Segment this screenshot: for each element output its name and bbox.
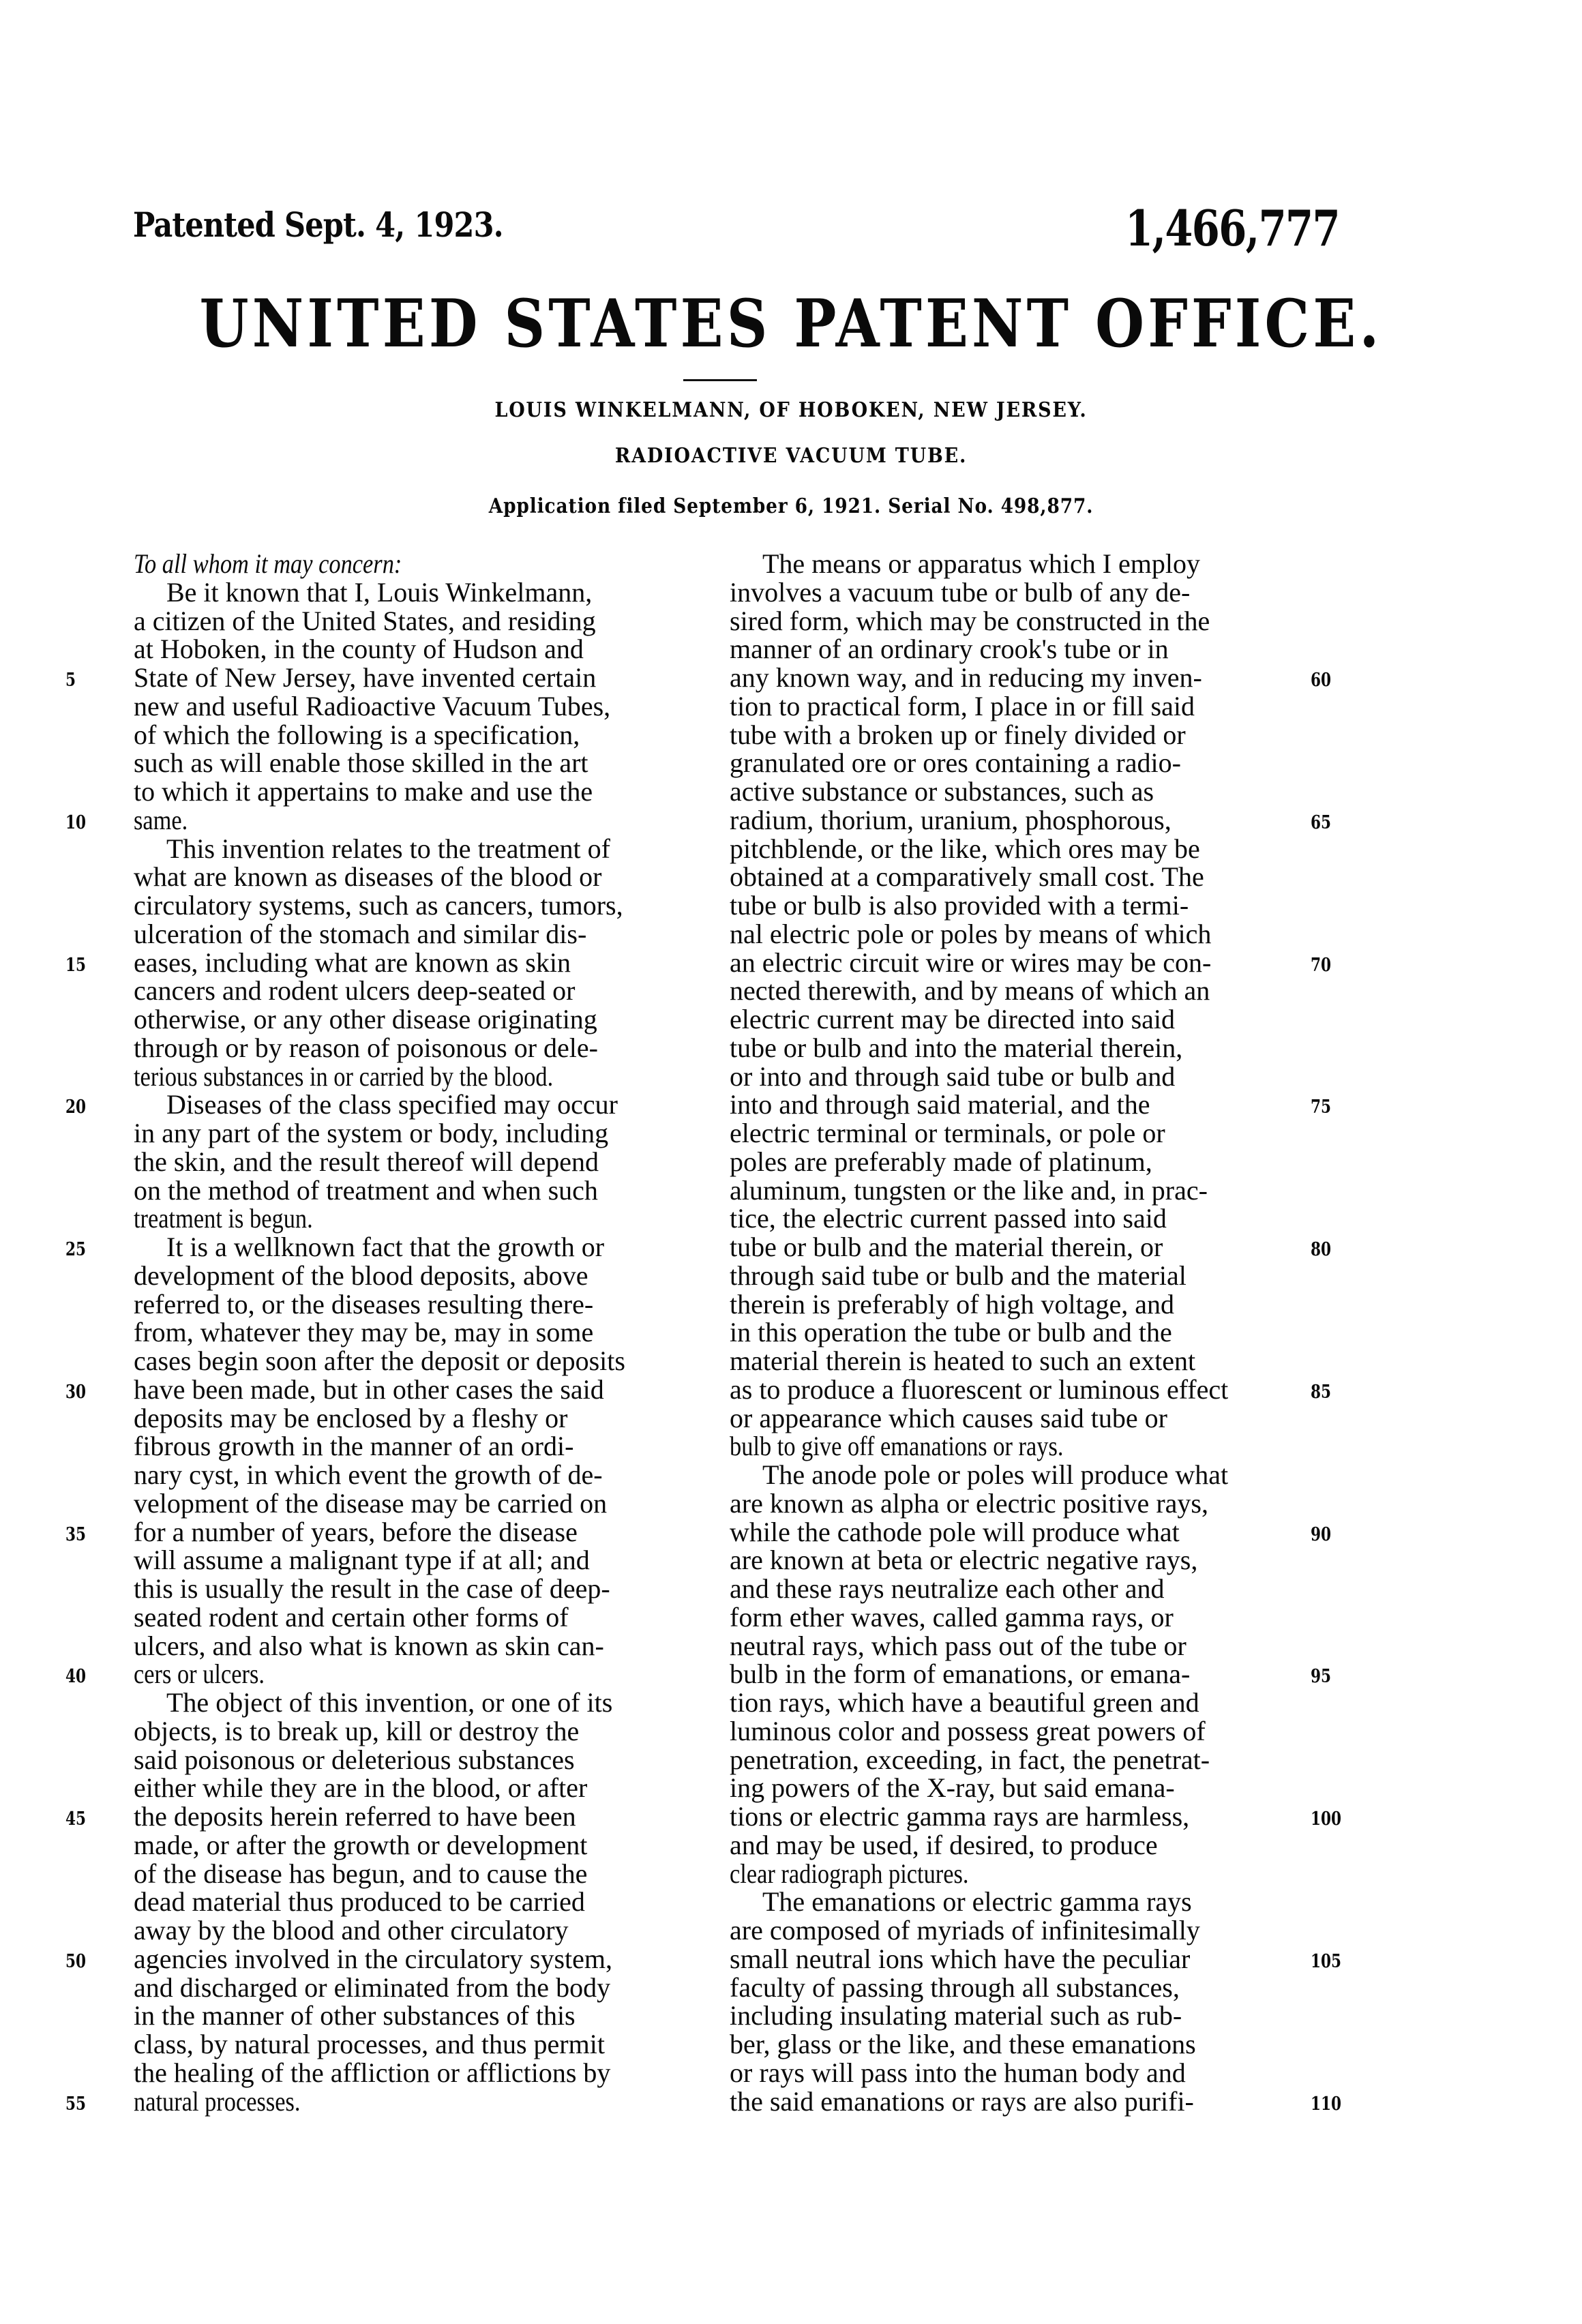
left-column-line: such as will enable those skilled in the… xyxy=(134,749,588,777)
right-column-line: obtained at a comparatively small cost. … xyxy=(730,863,1204,891)
left-column-line: To all whom it may concern: xyxy=(134,550,402,578)
left-column-line: will assume a malignant type if at all; … xyxy=(134,1546,590,1575)
right-column-line: involves a vacuum tube or bulb of any de… xyxy=(730,578,1190,607)
left-column-line: seated rodent and certain other forms of xyxy=(134,1603,569,1632)
title-divider xyxy=(683,379,757,381)
right-column-line: are known as alpha or electric positive … xyxy=(730,1489,1208,1518)
left-column-line: nary cyst, in which event the growth of … xyxy=(134,1461,603,1489)
right-column-line: tion to practical form, I place in or fi… xyxy=(730,692,1195,721)
right-column-line: radium, thorium, uranium, phosphorous, xyxy=(730,806,1171,835)
right-line-number: 105 xyxy=(1311,1948,1341,1976)
right-column-line: while the cathode pole will produce what xyxy=(730,1518,1180,1547)
left-column-line: a citizen of the United States, and resi… xyxy=(134,607,596,636)
right-column-line: electric terminal or terminals, or pole … xyxy=(730,1119,1165,1148)
right-column-line: faculty of passing through all substance… xyxy=(730,1973,1180,2002)
left-column-line: cancers and rodent ulcers deep-seated or xyxy=(134,977,575,1005)
right-column-line: through said tube or bulb and the materi… xyxy=(730,1262,1186,1290)
left-column-line: ulcers, and also what is known as skin c… xyxy=(134,1632,604,1660)
patent-number: 1,466,777 xyxy=(1125,199,1339,257)
right-column-line: bulb in the form of emanations, or emana… xyxy=(730,1660,1190,1688)
left-column-line: cases begin soon after the deposit or de… xyxy=(134,1347,625,1375)
left-column-line: deposits may be enclosed by a fleshy or xyxy=(134,1404,568,1433)
left-column-line: and discharged or eliminated from the bo… xyxy=(134,1973,610,2002)
left-line-number: 30 xyxy=(65,1378,86,1407)
right-column-line: aluminum, tungsten or the like and, in p… xyxy=(730,1176,1208,1205)
left-column-line: in the manner of other substances of thi… xyxy=(134,2001,576,2030)
left-line-number: 15 xyxy=(65,951,86,980)
left-column-line: eases, including what are known as skin xyxy=(134,949,571,977)
left-column-line: same. xyxy=(134,806,188,835)
left-line-number: 25 xyxy=(65,1236,86,1264)
left-column-line: dead material thus produced to be carrie… xyxy=(134,1888,585,1916)
left-column-line: fibrous growth in the manner of an ordi- xyxy=(134,1432,573,1461)
application-line: Application filed September 6, 1921. Ser… xyxy=(95,494,1487,518)
inventor-line: LOUIS WINKELMANN, OF HOBOKEN, NEW JERSEY… xyxy=(79,398,1503,422)
left-column-line: this is usually the result in the case o… xyxy=(134,1575,610,1603)
right-column-line: The emanations or electric gamma rays xyxy=(762,1888,1192,1916)
right-line-number: 80 xyxy=(1311,1236,1331,1264)
patent-page: Patented Sept. 4, 1923. 1,466,777 UNITED… xyxy=(0,0,1582,2324)
left-column-line: State of New Jersey, have invented certa… xyxy=(134,664,596,692)
right-column-line: clear radiograph pictures. xyxy=(730,1860,969,1888)
left-column-line: at Hoboken, in the county of Hudson and xyxy=(134,635,584,664)
left-line-number: 55 xyxy=(65,2090,86,2119)
left-column-line: This invention relates to the treatment … xyxy=(166,835,610,863)
left-column-line: natural processes. xyxy=(134,2087,301,2116)
right-column-line: tube or bulb and into the material there… xyxy=(730,1034,1182,1062)
invention-title: RADIOACTIVE VACUUM TUBE. xyxy=(79,444,1503,468)
right-column-line: electric current may be directed into sa… xyxy=(730,1005,1175,1034)
right-column-line: bulb to give off emanations or rays. xyxy=(730,1432,1063,1461)
left-column-line: It is a wellknown fact that the growth o… xyxy=(166,1233,604,1262)
right-column-line: the said emanations or rays are also pur… xyxy=(730,2087,1194,2116)
left-column-line: have been made, but in other cases the s… xyxy=(134,1375,604,1404)
right-column-line: The anode pole or poles will produce wha… xyxy=(762,1461,1228,1489)
right-line-number: 110 xyxy=(1311,2090,1341,2119)
left-line-number: 20 xyxy=(65,1093,86,1122)
right-column-line: or appearance which causes said tube or xyxy=(730,1404,1167,1433)
right-line-number: 60 xyxy=(1311,666,1331,695)
right-column-line: into and through said material, and the xyxy=(730,1090,1150,1119)
left-line-number: 10 xyxy=(65,809,86,837)
left-column-line: Diseases of the class specified may occu… xyxy=(166,1090,618,1119)
left-line-number: 50 xyxy=(65,1948,86,1976)
left-column-line: either while they are in the blood, or a… xyxy=(134,1774,587,1802)
right-column-line: tion rays, which have a beautiful green … xyxy=(730,1688,1199,1717)
right-column-line: nected therewith, and by means of which … xyxy=(730,977,1210,1005)
right-column-line: manner of an ordinary crook's tube or in xyxy=(730,635,1169,664)
right-column-line: luminous color and possess great powers … xyxy=(730,1717,1206,1746)
right-column-line: ber, glass or the like, and these emanat… xyxy=(730,2030,1196,2059)
right-line-number: 100 xyxy=(1311,1805,1341,1834)
left-column-line: in any part of the system or body, inclu… xyxy=(134,1119,608,1148)
right-column-line: are known at beta or electric negative r… xyxy=(730,1546,1197,1575)
right-column-line: material therein is heated to such an ex… xyxy=(730,1347,1195,1375)
left-column-line: from, whatever they may be, may in some xyxy=(134,1318,593,1347)
right-column-line: penetration, exceeding, in fact, the pen… xyxy=(730,1746,1210,1774)
left-line-number: 40 xyxy=(65,1663,86,1691)
right-column-line: as to produce a fluorescent or luminous … xyxy=(730,1375,1228,1404)
right-column-line: or into and through said tube or bulb an… xyxy=(730,1062,1175,1091)
right-column-line: ing powers of the X-ray, but said emana- xyxy=(730,1774,1175,1802)
left-column-line: development of the blood deposits, above xyxy=(134,1262,588,1290)
left-column-line: away by the blood and other circulatory xyxy=(134,1916,569,1945)
left-column-line: objects, is to break up, kill or destroy… xyxy=(134,1717,579,1746)
left-column-line: for a number of years, before the diseas… xyxy=(134,1518,578,1547)
left-column-line: cers or ulcers. xyxy=(134,1660,265,1688)
left-column-line: the skin, and the result thereof will de… xyxy=(134,1148,599,1176)
left-column-line: treatment is begun. xyxy=(134,1204,313,1233)
right-column-line: granulated ore or ores containing a radi… xyxy=(730,749,1181,777)
right-column-line: including insulating material such as ru… xyxy=(730,2001,1182,2030)
right-column-line: pitchblende, or the like, which ores may… xyxy=(730,835,1200,863)
left-column-line: of which the following is a specificatio… xyxy=(134,721,580,749)
patented-date: Patented Sept. 4, 1923. xyxy=(133,205,503,245)
left-line-number: 5 xyxy=(65,666,76,695)
left-column-line: referred to, or the diseases resulting t… xyxy=(134,1290,593,1319)
office-title: UNITED STATES PATENT OFFICE. xyxy=(110,285,1471,362)
left-column-line: Be it known that I, Louis Winkelmann, xyxy=(166,578,592,607)
right-line-number: 90 xyxy=(1311,1521,1331,1549)
right-column-line: or rays will pass into the human body an… xyxy=(730,2059,1186,2087)
left-line-number: 35 xyxy=(65,1521,86,1549)
right-column-line: tice, the electric current passed into s… xyxy=(730,1204,1167,1233)
right-line-number: 65 xyxy=(1311,809,1331,837)
left-column-line: the deposits herein referred to have bee… xyxy=(134,1802,576,1831)
right-column-line: small neutral ions which have the peculi… xyxy=(730,1945,1190,1973)
left-column-line: circulatory systems, such as cancers, tu… xyxy=(134,891,623,920)
left-column-line: of the disease has begun, and to cause t… xyxy=(134,1860,587,1888)
left-column-line: velopment of the disease may be carried … xyxy=(134,1489,607,1518)
right-line-number: 85 xyxy=(1311,1378,1331,1407)
left-column-line: new and useful Radioactive Vacuum Tubes, xyxy=(134,692,610,721)
right-column-line: form ether waves, called gamma rays, or xyxy=(730,1603,1174,1632)
right-line-number: 70 xyxy=(1311,951,1331,980)
right-column-line: tube or bulb and the material therein, o… xyxy=(730,1233,1163,1262)
right-column-line: are composed of myriads of infinitesimal… xyxy=(730,1916,1200,1945)
right-column-line: an electric circuit wire or wires may be… xyxy=(730,949,1211,977)
right-column-line: active substance or substances, such as xyxy=(730,777,1154,806)
left-column-line: what are known as diseases of the blood … xyxy=(134,863,601,891)
right-column-line: therein is preferably of high voltage, a… xyxy=(730,1290,1174,1319)
left-column-line: class, by natural processes, and thus pe… xyxy=(134,2030,605,2059)
left-column-line: terious substances in or carried by the … xyxy=(134,1062,553,1091)
right-column-line: and these rays neutralize each other and xyxy=(730,1575,1164,1603)
left-column-line: said poisonous or deleterious substances xyxy=(134,1746,575,1774)
left-column-line: ulceration of the stomach and similar di… xyxy=(134,920,586,949)
right-column-line: poles are preferably made of platinum, xyxy=(730,1148,1152,1176)
left-column-line: on the method of treatment and when such xyxy=(134,1176,598,1205)
right-column-line: tube or bulb is also provided with a ter… xyxy=(730,891,1189,920)
right-column-line: nal electric pole or poles by means of w… xyxy=(730,920,1211,949)
right-column-line: in this operation the tube or bulb and t… xyxy=(730,1318,1172,1347)
right-column-line: neutral rays, which pass out of the tube… xyxy=(730,1632,1186,1660)
left-line-number: 45 xyxy=(65,1805,86,1834)
right-column-line: sired form, which may be constructed in … xyxy=(730,607,1210,636)
right-column-line: The means or apparatus which I employ xyxy=(762,550,1200,578)
right-column-line: any known way, and in reducing my inven- xyxy=(730,664,1202,692)
right-line-number: 75 xyxy=(1311,1093,1331,1122)
right-column-line: tube with a broken up or finely divided … xyxy=(730,721,1186,749)
left-column-line: agencies involved in the circulatory sys… xyxy=(134,1945,612,1973)
right-line-number: 95 xyxy=(1311,1663,1331,1691)
right-column-line: and may be used, if desired, to produce xyxy=(730,1831,1158,1860)
right-column-line: tions or electric gamma rays are harmles… xyxy=(730,1802,1189,1831)
left-column-line: the healing of the affliction or afflict… xyxy=(134,2059,610,2087)
left-column-line: otherwise, or any other disease originat… xyxy=(134,1005,597,1034)
left-column-line: to which it appertains to make and use t… xyxy=(134,777,593,806)
left-column-line: through or by reason of poisonous or del… xyxy=(134,1034,598,1062)
left-column-line: made, or after the growth or development xyxy=(134,1831,587,1860)
left-column-line: The object of this invention, or one of … xyxy=(166,1688,612,1717)
